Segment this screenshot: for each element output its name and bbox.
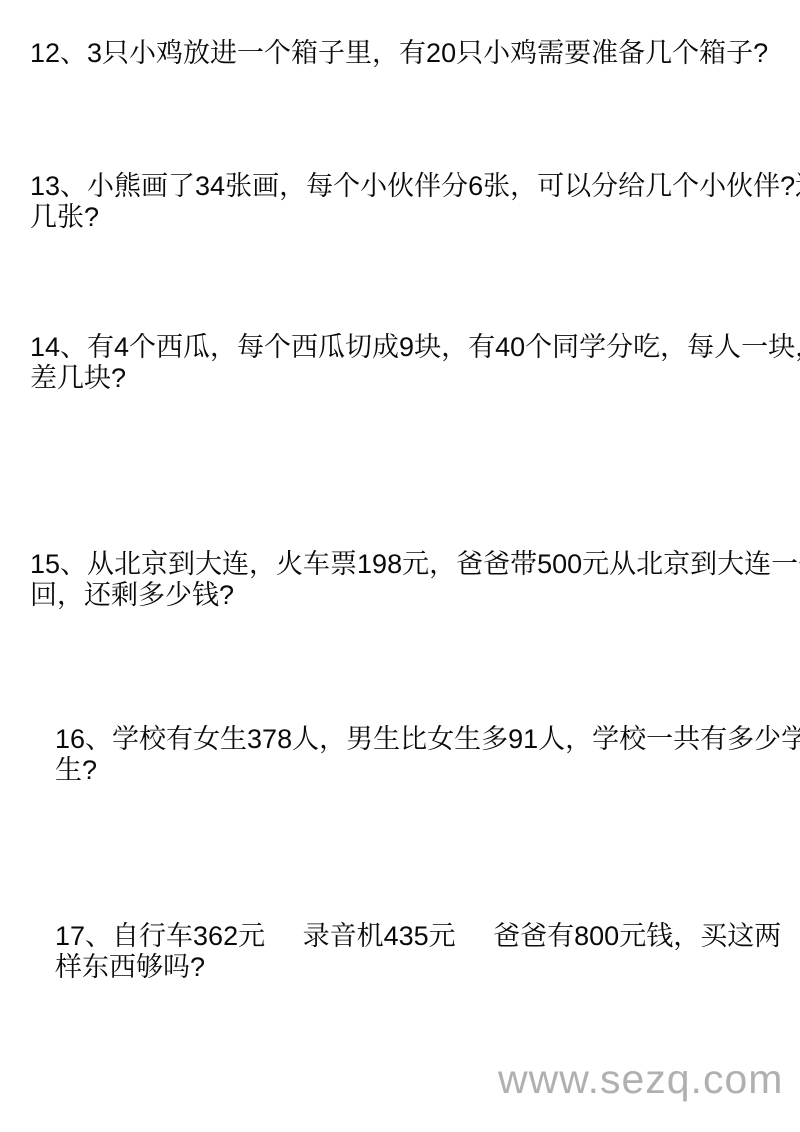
question-16-line-1: 16、学校有女生378人，男生比女生多91人，学校一共有多少学 xyxy=(55,724,800,755)
question-17: 17、自行车362元 录音机435元 爸爸有800元钱，买这两 样东西够吗? xyxy=(55,921,781,983)
question-16: 16、学校有女生378人，男生比女生多91人，学校一共有多少学 生? xyxy=(55,724,800,786)
question-15: 15、从北京到大连，火车票198元，爸爸带500元从北京到大连一个来 回，还剩多… xyxy=(30,549,800,611)
question-14-line-2: 差几块? xyxy=(30,363,800,394)
question-15-line-2: 回，还剩多少钱? xyxy=(30,580,800,611)
question-14: 14、有4个西瓜，每个西瓜切成9块，有40个同学分吃，每人一块，还 差几块? xyxy=(30,332,800,394)
question-13: 13、小熊画了34张画，每个小伙伴分6张，可以分给几个小伙伴?还余下 几张? xyxy=(30,171,800,233)
question-13-line-1: 13、小熊画了34张画，每个小伙伴分6张，可以分给几个小伙伴?还余下 xyxy=(30,171,800,202)
question-14-line-1: 14、有4个西瓜，每个西瓜切成9块，有40个同学分吃，每人一块，还 xyxy=(30,332,800,363)
question-12-line-1: 12、3只小鸡放进一个箱子里，有20只小鸡需要准备几个箱子? xyxy=(30,38,768,69)
question-12: 12、3只小鸡放进一个箱子里，有20只小鸡需要准备几个箱子? xyxy=(30,38,768,69)
watermark-text: www.sezq.com xyxy=(498,1056,783,1103)
worksheet-page: 12、3只小鸡放进一个箱子里，有20只小鸡需要准备几个箱子? 13、小熊画了34… xyxy=(0,0,800,1132)
question-17-line-2: 样东西够吗? xyxy=(55,952,781,983)
question-13-line-2: 几张? xyxy=(30,202,800,233)
question-16-line-2: 生? xyxy=(55,755,800,786)
question-15-line-1: 15、从北京到大连，火车票198元，爸爸带500元从北京到大连一个来 xyxy=(30,549,800,580)
question-17-line-1: 17、自行车362元 录音机435元 爸爸有800元钱，买这两 xyxy=(55,921,781,952)
